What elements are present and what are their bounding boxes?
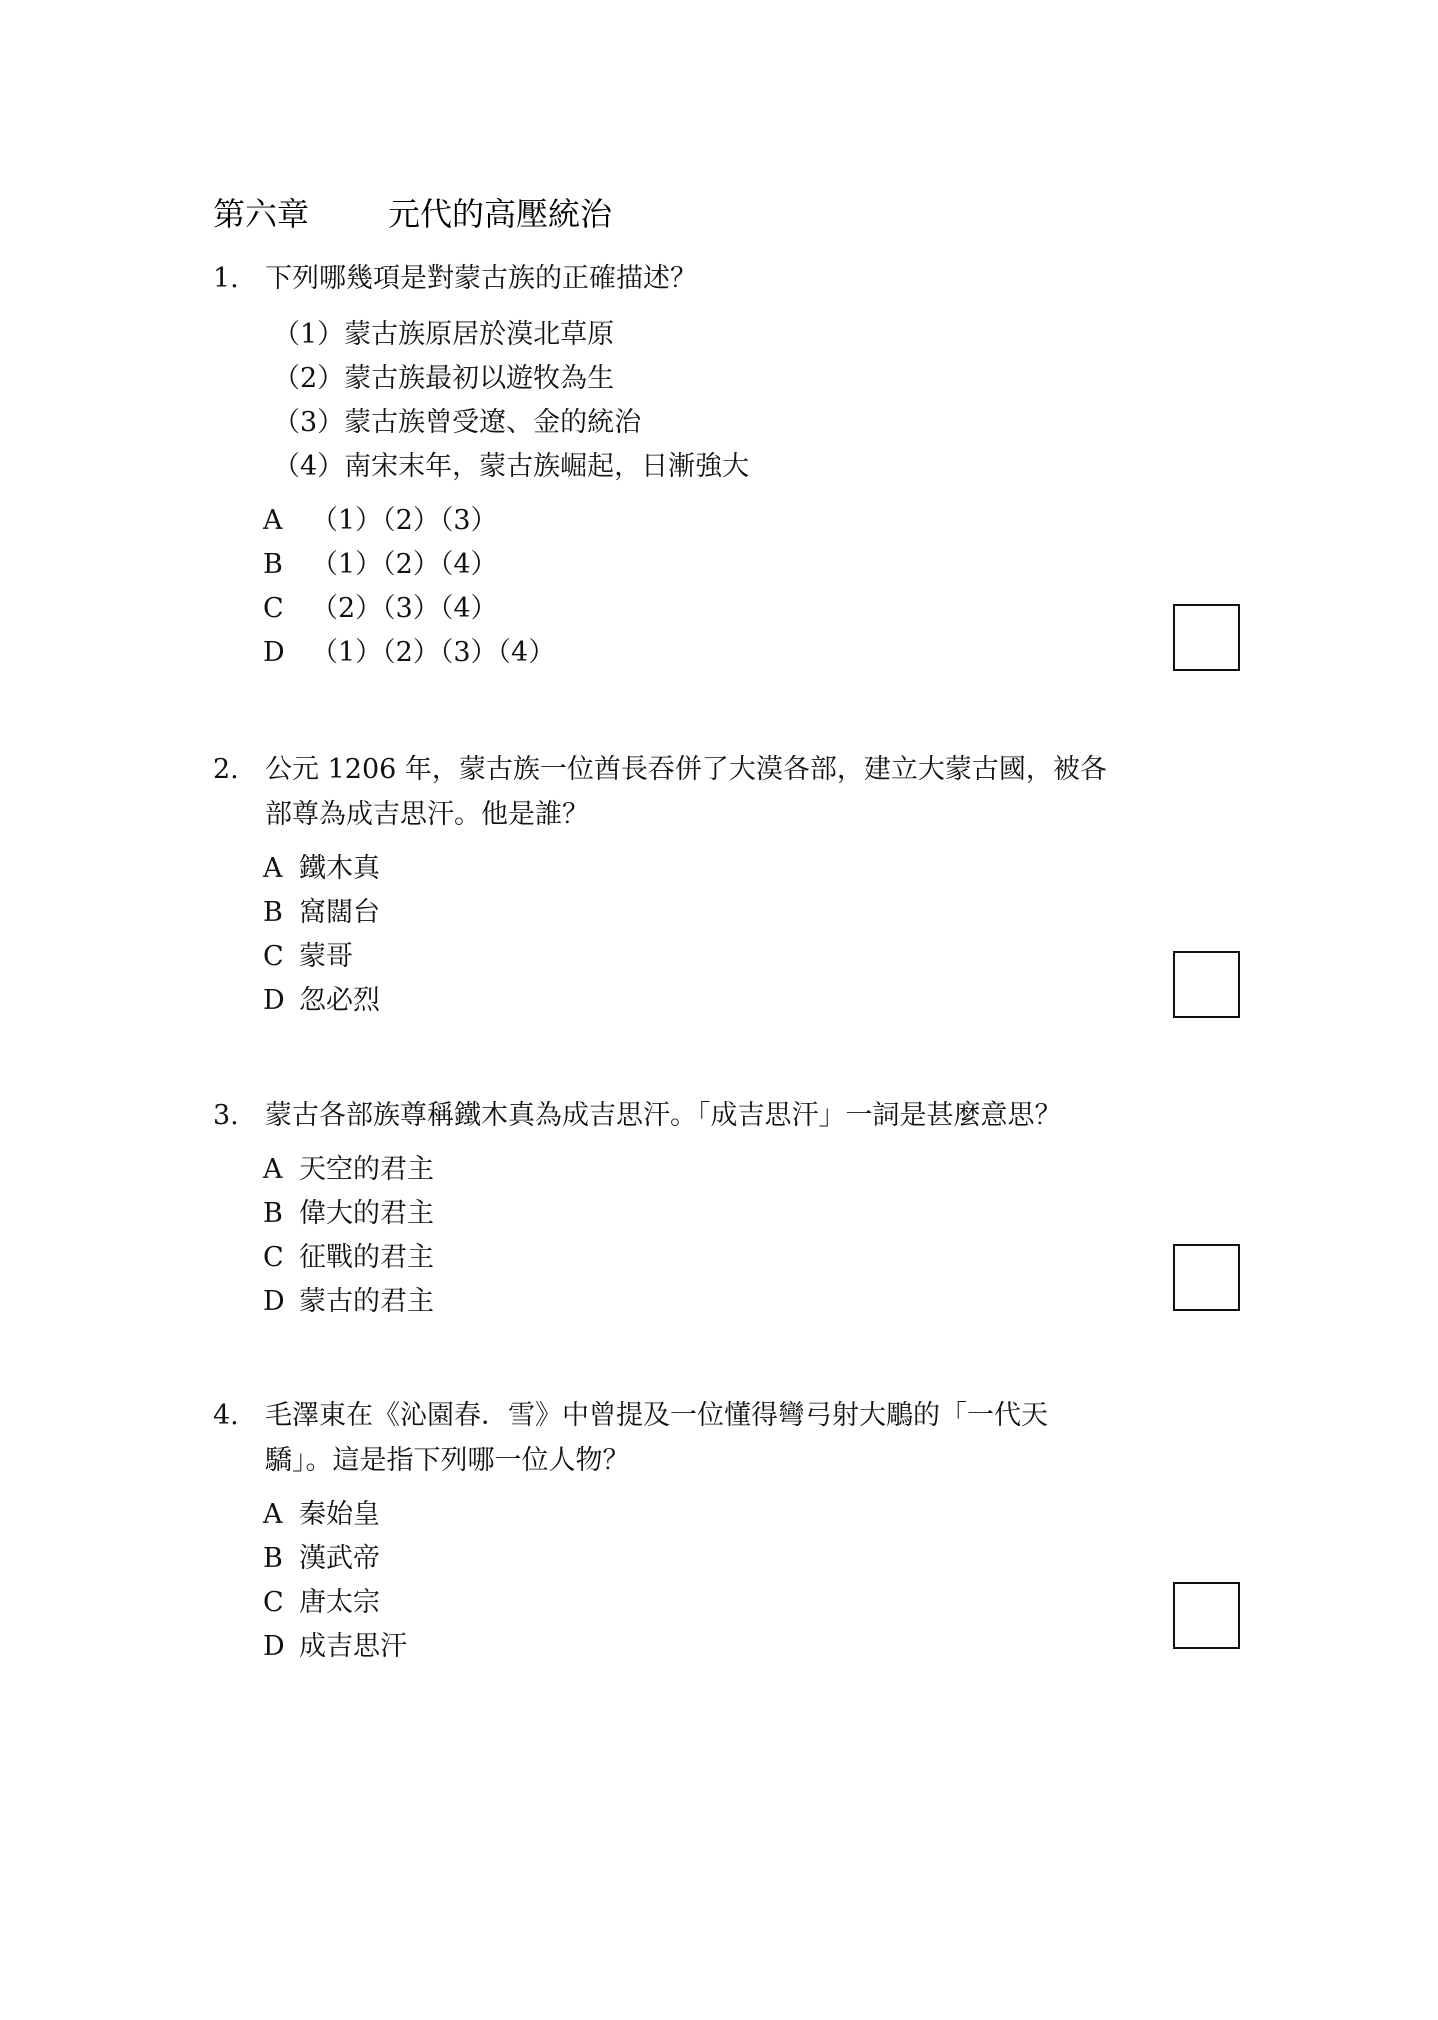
option-b: B偉大的君主 [263, 1192, 1113, 1236]
option-list: A秦始皇 B漢武帝 C唐太宗 D成吉思汗 [213, 1493, 1113, 1669]
option-text: 蒙古的君主 [299, 1286, 434, 1317]
statement-list: （1）蒙古族原居於漠北草原 （2）蒙古族最初以遊牧為生 （3）蒙古族曾受遼、金的… [213, 313, 1113, 489]
option-letter: A [263, 1148, 299, 1192]
question-1: 1. 下列哪幾項是對蒙古族的正確描述？ （1）蒙古族原居於漠北草原 （2）蒙古族… [213, 256, 1113, 675]
answer-box-3[interactable] [1173, 1244, 1240, 1311]
question-text: 公元 1206 年，蒙古族一位酋長吞併了大漠各部，建立大蒙古國，被各部尊為成吉思… [265, 747, 1115, 837]
option-text: 天空的君主 [299, 1154, 434, 1185]
statement-item: （4）南宋末年，蒙古族崛起，日漸強大 [273, 445, 1113, 489]
option-b: B窩闊台 [263, 891, 1113, 935]
option-text: 唐太宗 [299, 1587, 380, 1618]
option-text: （1）（2）（4） [311, 549, 498, 580]
option-letter: A [263, 847, 299, 891]
worksheet-page: 第六章元代的高壓統治 1. 下列哪幾項是對蒙古族的正確描述？ （1）蒙古族原居於… [0, 0, 1438, 2020]
option-a: A（1）（2）（3） [263, 499, 1113, 543]
question-text: 蒙古各部族尊稱鐵木真為成吉思汗。「成吉思汗」一詞是甚麼意思？ [265, 1093, 1115, 1138]
question-text: 下列哪幾項是對蒙古族的正確描述？ [265, 256, 1115, 301]
option-list: A天空的君主 B偉大的君主 C征戰的君主 D蒙古的君主 [213, 1148, 1113, 1324]
option-d: D忽必烈 [263, 979, 1113, 1023]
option-a: A天空的君主 [263, 1148, 1113, 1192]
option-b: B（1）（2）（4） [263, 543, 1113, 587]
option-letter: B [263, 1537, 299, 1581]
option-c: C蒙哥 [263, 935, 1113, 979]
option-text: （1）（2）（3）（4） [311, 637, 555, 668]
question-number: 2. [213, 747, 239, 792]
answer-box-4[interactable] [1173, 1582, 1240, 1649]
option-letter: B [263, 543, 311, 587]
option-b: B漢武帝 [263, 1537, 1113, 1581]
chapter-title: 元代的高壓統治 [388, 195, 612, 233]
question-4: 4. 毛澤東在《沁園春．雪》中曾提及一位懂得彎弓射大鵰的「一代天驕」。這是指下列… [213, 1393, 1113, 1669]
question-stem: 2. 公元 1206 年，蒙古族一位酋長吞併了大漠各部，建立大蒙古國，被各部尊為… [213, 747, 1113, 837]
answer-box-2[interactable] [1173, 951, 1240, 1018]
question-stem: 4. 毛澤東在《沁園春．雪》中曾提及一位懂得彎弓射大鵰的「一代天驕」。這是指下列… [213, 1393, 1113, 1483]
question-stem: 3. 蒙古各部族尊稱鐵木真為成吉思汗。「成吉思汗」一詞是甚麼意思？ [213, 1093, 1113, 1138]
option-a: A秦始皇 [263, 1493, 1113, 1537]
chapter-number: 第六章 [213, 192, 388, 236]
option-d: D（1）（2）（3）（4） [263, 631, 1113, 675]
question-number: 3. [213, 1093, 239, 1138]
option-letter: A [263, 1493, 299, 1537]
question-number: 4. [213, 1393, 239, 1438]
option-a: A鐵木真 [263, 847, 1113, 891]
option-text: 蒙哥 [299, 941, 353, 972]
answer-box-1[interactable] [1173, 604, 1240, 671]
option-text: （1）（2）（3） [311, 505, 498, 536]
option-letter: C [263, 1236, 299, 1280]
option-c: C（2）（3）（4） [263, 587, 1113, 631]
option-text: 窩闊台 [299, 897, 380, 928]
option-letter: D [263, 1625, 299, 1669]
option-letter: B [263, 1192, 299, 1236]
option-c: C征戰的君主 [263, 1236, 1113, 1280]
question-stem: 1. 下列哪幾項是對蒙古族的正確描述？ [213, 256, 1113, 301]
option-text: （2）（3）（4） [311, 593, 498, 624]
statement-item: （1）蒙古族原居於漠北草原 [273, 313, 1113, 357]
option-text: 成吉思汗 [299, 1631, 407, 1662]
option-letter: D [263, 979, 299, 1023]
option-text: 征戰的君主 [299, 1242, 434, 1273]
option-text: 秦始皇 [299, 1499, 380, 1530]
option-list: A鐵木真 B窩闊台 C蒙哥 D忽必烈 [213, 847, 1113, 1023]
statement-item: （3）蒙古族曾受遼、金的統治 [273, 401, 1113, 445]
question-number: 1. [213, 256, 239, 301]
question-2: 2. 公元 1206 年，蒙古族一位酋長吞併了大漠各部，建立大蒙古國，被各部尊為… [213, 747, 1113, 1023]
option-d: D蒙古的君主 [263, 1280, 1113, 1324]
option-letter: C [263, 1581, 299, 1625]
option-text: 偉大的君主 [299, 1198, 434, 1229]
option-letter: A [263, 499, 311, 543]
option-d: D成吉思汗 [263, 1625, 1113, 1669]
question-3: 3. 蒙古各部族尊稱鐵木真為成吉思汗。「成吉思汗」一詞是甚麼意思？ A天空的君主… [213, 1093, 1113, 1324]
option-letter: B [263, 891, 299, 935]
option-letter: C [263, 935, 299, 979]
option-text: 忽必烈 [299, 985, 380, 1016]
chapter-heading: 第六章元代的高壓統治 [213, 192, 612, 236]
option-text: 漢武帝 [299, 1543, 380, 1574]
statement-item: （2）蒙古族最初以遊牧為生 [273, 357, 1113, 401]
question-text: 毛澤東在《沁園春．雪》中曾提及一位懂得彎弓射大鵰的「一代天驕」。這是指下列哪一位… [265, 1393, 1115, 1483]
option-c: C唐太宗 [263, 1581, 1113, 1625]
option-list: A（1）（2）（3） B（1）（2）（4） C（2）（3）（4） D（1）（2）… [213, 499, 1113, 675]
option-text: 鐵木真 [299, 853, 380, 884]
option-letter: D [263, 1280, 299, 1324]
option-letter: C [263, 587, 311, 631]
option-letter: D [263, 631, 311, 675]
